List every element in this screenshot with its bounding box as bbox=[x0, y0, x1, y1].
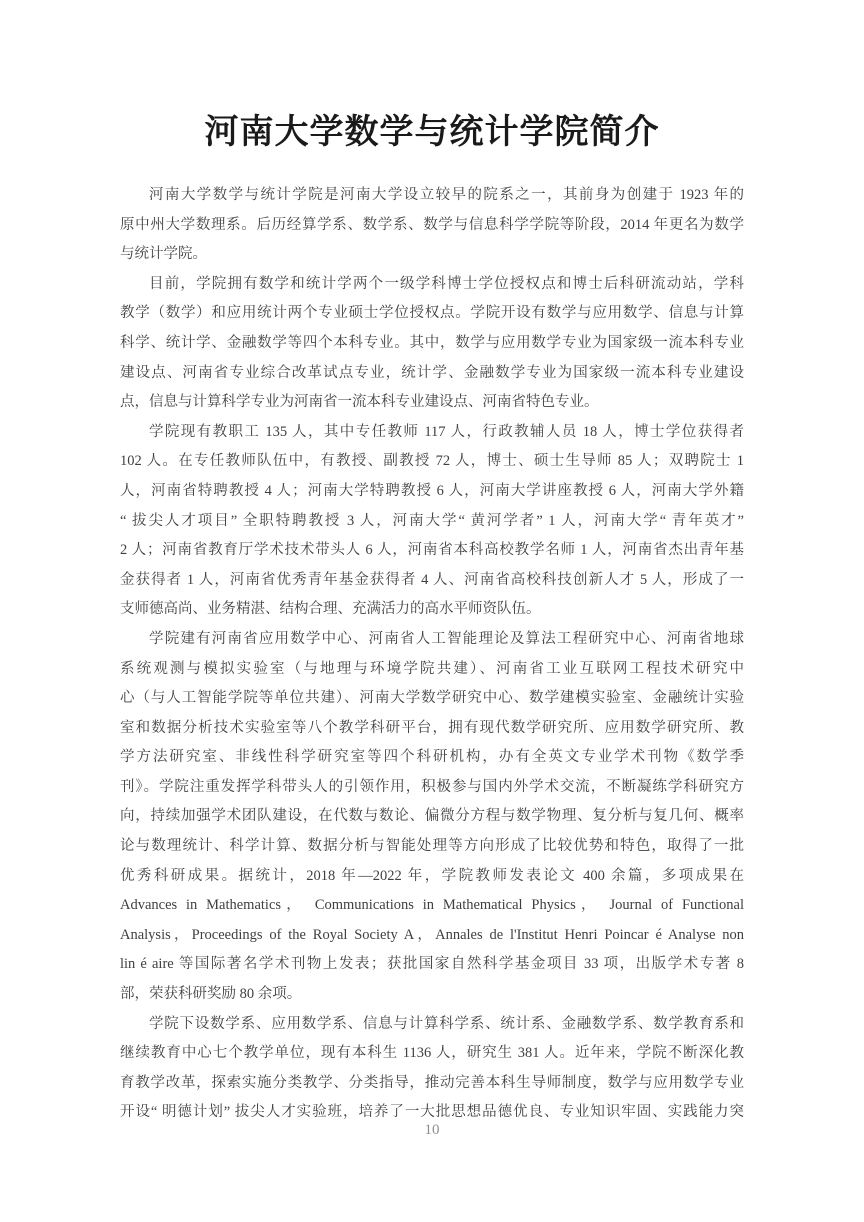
text-line: 系统观测与模拟实验室（与地理与环境学院共建）、河南省工业互联网工程技术研究中 bbox=[120, 655, 744, 685]
text-line: 学方法研究室、非线性科学研究室等四个科研机构，办有全英文专业学术刊物《数学季 bbox=[120, 743, 744, 773]
paragraph: 学院下设数学系、应用数学系、信息与计算科学系、统计系、金融数学系、数学教育系和继… bbox=[120, 1010, 744, 1128]
text-line: 刊》。学院注重发挥学科带头人的引领作用，积极参与国内外学术交流，不断凝练学科研究… bbox=[120, 773, 744, 803]
page-number: 10 bbox=[0, 1122, 864, 1139]
text-line: 原中州大学数理系。后历经算学系、数学系、数学与信息科学学院等阶段，2014 年更… bbox=[120, 211, 744, 241]
text-line: 向，持续加强学术团队建设，在代数与数论、偏微分方程与数学物理、复分析与复几何、概… bbox=[120, 802, 744, 832]
text-line: lin é aire 等国际著名学术刊物上发表；获批国家自然科学基金项目 33 … bbox=[120, 950, 744, 980]
text-line: 心（与人工智能学院等单位共建）、河南大学数学研究中心、数学建模实验室、金融统计实… bbox=[120, 684, 744, 714]
text-line: 优秀科研成果。据统计，2018 年—2022 年，学院教师发表论文 400 余篇… bbox=[120, 862, 744, 892]
text-line: 目前，学院拥有数学和统计学两个一级学科博士学位授权点和博士后科研流动站，学科 bbox=[120, 270, 744, 300]
text-line: 育教学改革，探索实施分类教学、分类指导，推动完善本科生导师制度，数学与应用数学专… bbox=[120, 1069, 744, 1099]
text-line: 学院建有河南省应用数学中心、河南省人工智能理论及算法工程研究中心、河南省地球 bbox=[120, 625, 744, 655]
text-line: 科学、统计学、金融数学等四个本科专业。其中，数学与应用数学专业为国家级一流本科专… bbox=[120, 329, 744, 359]
text-line: 2 人；河南省教育厅学术技术带头人 6 人，河南省本科高校教学名师 1 人，河南… bbox=[120, 536, 744, 566]
paragraph: 学院建有河南省应用数学中心、河南省人工智能理论及算法工程研究中心、河南省地球系统… bbox=[120, 625, 744, 1010]
text-line: Analysis，Proceedings of the Royal Societ… bbox=[120, 921, 744, 951]
text-line: 支师德高尚、业务精湛、结构合理、充满活力的高水平师资队伍。 bbox=[120, 595, 744, 625]
text-line: 学院下设数学系、应用数学系、信息与计算科学系、统计系、金融数学系、数学教育系和 bbox=[120, 1010, 744, 1040]
text-line: 继续教育中心七个教学单位，现有本科生 1136 人，研究生 381 人。近年来，… bbox=[120, 1039, 744, 1069]
text-line: 金获得者 1 人，河南省优秀青年基金获得者 4 人、河南省高校科技创新人才 5 … bbox=[120, 566, 744, 596]
text-line: 教学（数学）和应用统计两个专业硕士学位授权点。学院开设有数学与应用数学、信息与计… bbox=[120, 299, 744, 329]
page-title: 河南大学数学与统计学院简介 bbox=[0, 0, 864, 153]
text-line: 点，信息与计算科学专业为河南省一流本科专业建设点、河南省特色专业。 bbox=[120, 388, 744, 418]
text-line: 学院现有教职工 135 人，其中专任教师 117 人，行政教辅人员 18 人，博… bbox=[120, 418, 744, 448]
text-line: 室和数据分析技术实验室等八个教学科研平台，拥有现代数学研究所、应用数学研究所、教 bbox=[120, 714, 744, 744]
text-line: 人，河南省特聘教授 4 人；河南大学特聘教授 6 人，河南大学讲座教授 6 人，… bbox=[120, 477, 744, 507]
text-line: 论与数理统计、科学计算、数据分析与智能处理等方向形成了比较优势和特色，取得了一批 bbox=[120, 832, 744, 862]
text-line: 部，荣获科研奖励 80 余项。 bbox=[120, 980, 744, 1010]
document-page: 河南大学数学与统计学院简介 河南大学数学与统计学院是河南大学设立较早的院系之一，… bbox=[0, 0, 864, 1222]
paragraph: 目前，学院拥有数学和统计学两个一级学科博士学位授权点和博士后科研流动站，学科教学… bbox=[120, 270, 744, 418]
text-line: 102 人。在专任教师队伍中，有教授、副教授 72 人，博士、硕士生导师 85 … bbox=[120, 447, 744, 477]
paragraph: 学院现有教职工 135 人，其中专任教师 117 人，行政教辅人员 18 人，博… bbox=[120, 418, 744, 625]
document-body: 河南大学数学与统计学院是河南大学设立较早的院系之一，其前身为创建于 1923 年… bbox=[120, 181, 744, 1128]
text-line: “ 拔尖人才项目” 全职特聘教授 3 人，河南大学“ 黄河学者” 1 人，河南大… bbox=[120, 507, 744, 537]
text-line: 河南大学数学与统计学院是河南大学设立较早的院系之一，其前身为创建于 1923 年… bbox=[120, 181, 744, 211]
paragraph: 河南大学数学与统计学院是河南大学设立较早的院系之一，其前身为创建于 1923 年… bbox=[120, 181, 744, 270]
text-line: Advances in Mathematics， Communications … bbox=[120, 891, 744, 921]
text-line: 与统计学院。 bbox=[120, 240, 744, 270]
text-line: 建设点、河南省专业综合改革试点专业，统计学、金融数学专业为国家级一流本科专业建设 bbox=[120, 359, 744, 389]
